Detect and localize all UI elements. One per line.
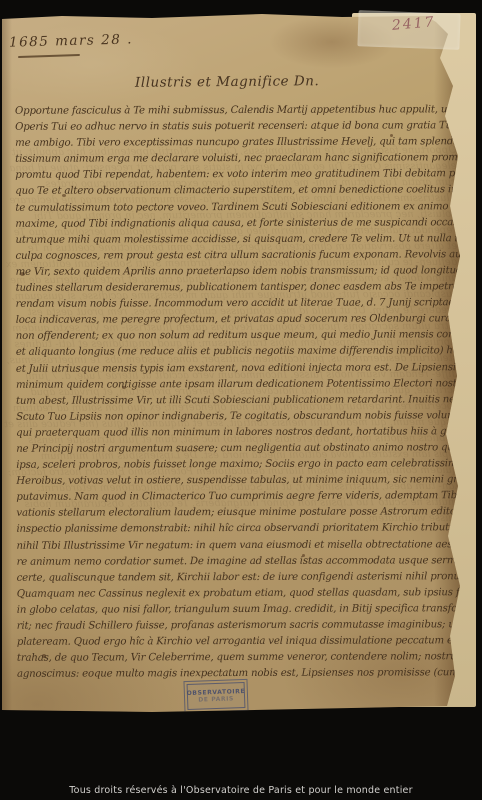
- manuscript-sheet: Opportune fasciculus à Te mihi submissus…: [2, 14, 464, 712]
- manuscript-photo: Opportune fasciculus à Te mihi submissus…: [0, 0, 482, 800]
- letter-line: maxime, quod Tibi indignationis aliqua c…: [15, 215, 461, 233]
- letter-line: ne Principij nostri argumentum suasere; …: [16, 440, 462, 458]
- letter-line: putavimus. Nam quod in Climacterico Tuo …: [16, 488, 462, 506]
- copyright-text: Tous droits réservés à l'Observatoire de…: [0, 785, 482, 796]
- letter-line: loca indicaveras, me peregre profectum, …: [16, 311, 462, 329]
- letter-line: Operis Tui eo adhuc nervo in statis suis…: [15, 118, 461, 136]
- letter-line: tudines stellarum desideraremus, publica…: [16, 279, 462, 297]
- letter-line: re animum nemo cordatior sumet. De imagi…: [17, 553, 463, 571]
- letter-salutation: Illustris et Magnifice Dn.: [135, 73, 319, 91]
- stamp-text-line2: DE PARIS: [198, 695, 234, 703]
- letter-line: quo Te et altero observationum climacter…: [15, 183, 461, 201]
- letter-line: qui praeterquam quod illis non minimum i…: [16, 424, 462, 442]
- letter-line: Scuto Tuo Lipsiis non opinor indignaberi…: [16, 408, 462, 426]
- letter-line: vationis stellarum electoralium laudem; …: [16, 505, 462, 523]
- letter-line: utrumque mihi quam molestissime accidiss…: [15, 231, 461, 249]
- letter-line: certe, qualiscunque tandem sit, Kirchii …: [17, 569, 463, 587]
- letter-line: minimum quidem contigisse ante ipsam ill…: [16, 376, 462, 394]
- letter-line: et aliquanto longius (me reduce aliis et…: [16, 344, 462, 362]
- date-annotation: 1685 mars 28 .: [9, 31, 133, 50]
- letter-line: rit; nec fraudi Schillero fuisse, profan…: [17, 617, 463, 635]
- letter-line: nihil Tibi Illustrissime Vir negatum: in…: [16, 537, 462, 555]
- letter-line: culpa cognosces, rem prout gesta est cit…: [15, 247, 461, 265]
- letter-line: plateream. Quod ergo hîc à Kirchio vel a…: [17, 633, 463, 651]
- observatory-stamp: OBSERVATOIRE DE PARIS: [187, 682, 246, 710]
- letter-line: Quamquam nec Cassinus neglexit ex probat…: [17, 585, 463, 603]
- date-underline: [18, 54, 80, 58]
- letter-line: inspectio planissime demonstrabit: nihil…: [16, 521, 462, 539]
- letter-line: agnoscimus: eoque multo magis inexpectat…: [17, 666, 463, 684]
- letter-line: tissimum animum erga me declarare voluis…: [15, 151, 461, 169]
- letter-line: non offenderent; ex quo non solum ad red…: [16, 328, 462, 346]
- letter-line: me Vir, sexto quidem Aprilis anno praete…: [16, 263, 462, 281]
- paper-left-edge-shading: [2, 14, 12, 712]
- letter-line: te cumulatissimum toto pectore voveo. Ta…: [15, 199, 461, 217]
- letter-line: promtu quod Tibi rependat, habentem: ex …: [15, 167, 461, 185]
- letter-body: Opportune fasciculus à Te mihi submissus…: [15, 102, 463, 690]
- letter-line: rendam visum nobis fuisse. Incommodum ve…: [16, 295, 462, 313]
- letter-line: Opportune fasciculus à Te mihi submissus…: [15, 102, 461, 120]
- letter-line: tum abest, Illustrissime Vir, ut illi Sc…: [16, 392, 462, 410]
- letter-line: trahas, de quo Tecum, Vir Celeberrime, q…: [17, 649, 463, 667]
- letter-line: in globo celatas, quo nisi fallor, trian…: [17, 601, 463, 619]
- letter-line: Heroibus, votivas velut in ostiere, susp…: [16, 472, 462, 490]
- letter-line: me ambigo. Tibi vero exceptissimas nuncu…: [15, 134, 461, 152]
- letter-line: et Julii utriusque mensis typis iam exst…: [16, 360, 462, 378]
- letter-line: ipsa, sceleri probros, nobis fuisset lon…: [16, 456, 462, 474]
